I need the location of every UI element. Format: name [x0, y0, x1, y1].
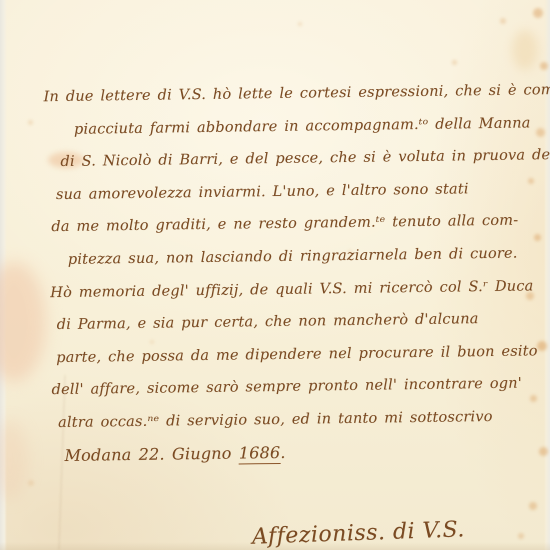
foxing-blotch-top-right [512, 30, 538, 70]
letter-scan: In due lettere di V.S. hò lette le corte… [0, 0, 550, 550]
dateline-year: 1686 [239, 442, 281, 464]
foxing-spot [452, 60, 457, 65]
foxing-spot [28, 480, 34, 486]
foxing-spot [500, 18, 506, 24]
dateline-place-day: Modana 22. Giugno [64, 443, 239, 464]
foxing-spot [540, 62, 548, 70]
foxing-spot [298, 22, 302, 26]
letter-body: In due lettere di V.S. hò lette le corte… [0, 74, 550, 473]
dateline-period: . [280, 442, 286, 461]
dateline: Modana 22. Giugno 1686. [2, 433, 550, 473]
foxing-spot [533, 8, 543, 18]
foxing-spot [518, 533, 524, 539]
foxing-spot [529, 502, 537, 510]
